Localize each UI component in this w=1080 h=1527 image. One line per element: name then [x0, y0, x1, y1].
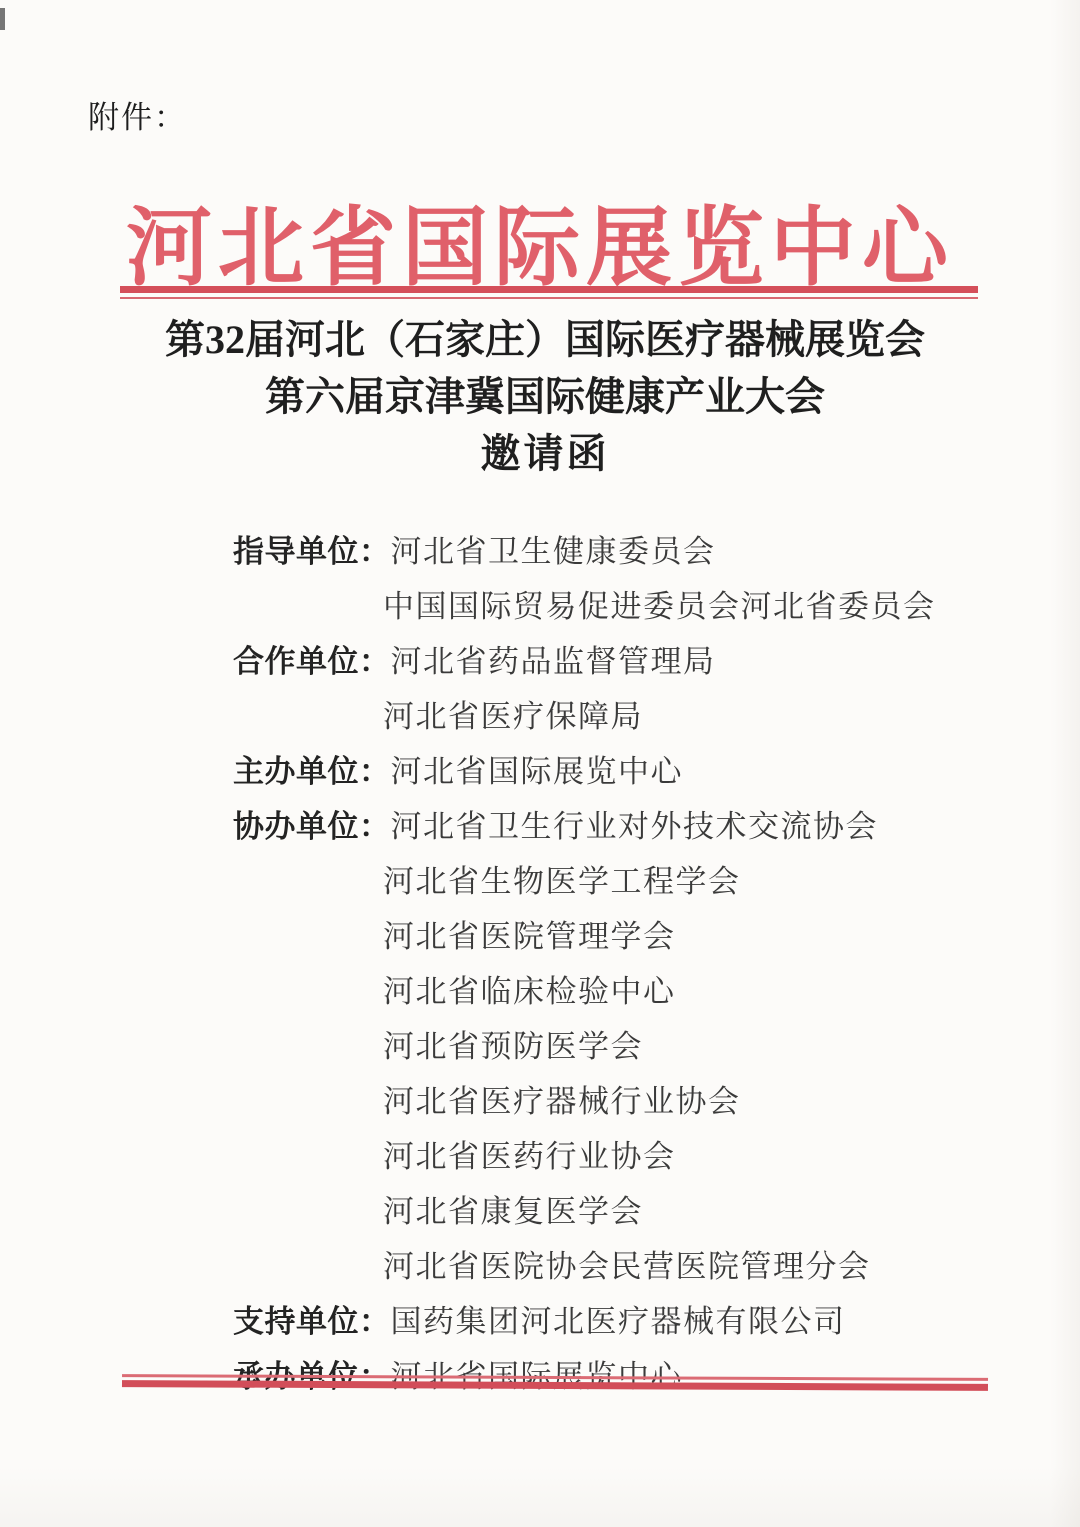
- organization-name: 中国国际贸易促进委员会河北省委员会: [383, 581, 936, 626]
- organization-row: 河北省医院管理学会: [233, 911, 993, 966]
- letterhead-rule-thin: [120, 297, 978, 299]
- organization-name: 河北省康复医学会: [383, 1186, 643, 1231]
- organization-name: 河北省医疗器械行业协会: [383, 1076, 741, 1121]
- scanned-invitation-document: 附件： 河北省国际展览中心 第32届河北（石家庄）国际医疗器械展览会 第六届京津…: [0, 0, 1080, 1527]
- organization-name: 河北省医药行业协会: [383, 1131, 676, 1176]
- organization-row: 河北省临床检验中心: [233, 966, 993, 1021]
- document-title-line-3: 邀请函: [90, 425, 1000, 482]
- organization-name: 河北省生物医学工程学会: [383, 856, 741, 901]
- document-title-block: 第32届河北（石家庄）国际医疗器械展览会 第六届京津冀国际健康产业大会 邀请函: [90, 311, 1000, 482]
- organization-role-label: 支持单位：: [233, 1296, 391, 1341]
- organization-row: 河北省医疗器械行业协会: [233, 1076, 993, 1131]
- organization-row: 指导单位：河北省卫生健康委员会: [233, 526, 993, 581]
- organization-row: 河北省医疗保障局: [233, 691, 993, 746]
- organization-row: 河北省康复医学会: [233, 1186, 993, 1241]
- organization-list: 指导单位：河北省卫生健康委员会中国国际贸易促进委员会河北省委员会合作单位：河北省…: [233, 526, 993, 1406]
- organization-row: 河北省医药行业协会: [233, 1131, 993, 1186]
- organization-row: 支持单位：国药集团河北医疗器械有限公司: [233, 1296, 993, 1351]
- organization-name: 河北省医院管理学会: [383, 911, 676, 956]
- scan-artifact-mark: [0, 8, 5, 30]
- organization-role-label: 指导单位：: [233, 526, 391, 571]
- document-title-line-2: 第六届京津冀国际健康产业大会: [90, 368, 1000, 425]
- organization-role-label: 合作单位：: [233, 636, 391, 681]
- organization-row: 合作单位：河北省药品监督管理局: [233, 636, 993, 691]
- organization-name: 河北省医疗保障局: [383, 691, 643, 736]
- organization-row: 河北省预防医学会: [233, 1021, 993, 1076]
- organization-row: 河北省医院协会民营医院管理分会: [233, 1241, 993, 1296]
- organization-row: 协办单位：河北省卫生行业对外技术交流协会: [233, 801, 993, 856]
- organization-name: 河北省临床检验中心: [383, 966, 676, 1011]
- organization-name: 河北省医院协会民营医院管理分会: [383, 1241, 871, 1286]
- organization-row: 河北省生物医学工程学会: [233, 856, 993, 911]
- organization-role-label: 主办单位：: [233, 746, 391, 791]
- organization-row: 主办单位：河北省国际展览中心: [233, 746, 993, 801]
- organization-name: 国药集团河北医疗器械有限公司: [391, 1296, 846, 1341]
- organization-name: 河北省药品监督管理局: [391, 636, 716, 681]
- organization-name: 河北省卫生行业对外技术交流协会: [391, 801, 879, 846]
- attachment-label: 附件：: [88, 92, 187, 137]
- organization-row: 中国国际贸易促进委员会河北省委员会: [233, 581, 993, 636]
- organization-name: 河北省卫生健康委员会: [391, 526, 716, 571]
- letterhead-rule-thick: [120, 286, 978, 293]
- organization-role-label: 承办单位：: [233, 1351, 391, 1396]
- organization-name: 河北省预防医学会: [383, 1021, 643, 1066]
- organization-name: 河北省国际展览中心: [391, 746, 684, 791]
- letterhead-org-name: 河北省国际展览中心: [0, 178, 1080, 302]
- document-title-line-1: 第32届河北（石家庄）国际医疗器械展览会: [90, 311, 1000, 368]
- organization-role-label: 协办单位：: [233, 801, 391, 846]
